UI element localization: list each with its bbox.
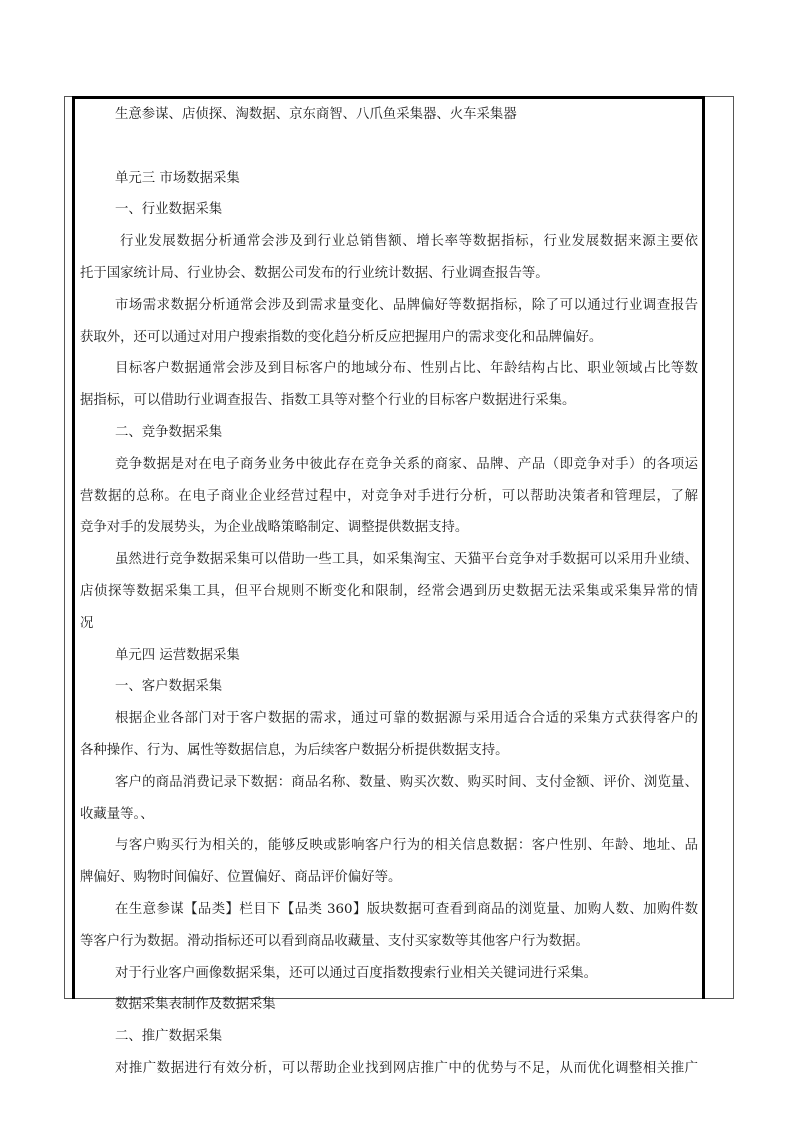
document-body: 生意参谋、店侦探、淘数据、京东商智、八爪鱼采集器、火车采集器 单元三 市场数据采…	[80, 99, 698, 1085]
paragraph-text: 客户的商品消费记录下数据：商品名称、数量、购买次数、购买时间、支付金额、评价、浏…	[80, 767, 698, 799]
paragraph-text: 竞争数据是对在电子商务业务中彼此存在竞争关系的商家、品牌、产品（即竞争对手）的各…	[80, 449, 698, 481]
section-competition-data-heading: 二、竞争数据采集	[80, 417, 698, 449]
subsection-heading: 数据采集表制作及数据采集	[80, 989, 698, 1021]
table-left-border	[72, 96, 75, 999]
paragraph-text: 与客户购买行为相关的，能够反映或影响客户行为的相关信息数据：客户性别、年龄、地址…	[80, 830, 698, 862]
unit-three-heading: 单元三 市场数据采集	[80, 163, 698, 195]
paragraph-text: 各种操作、行为、属性等数据信息，为后续客户数据分析提供数据支持。	[80, 735, 698, 767]
section-customer-data-heading: 一、客户数据采集	[80, 671, 698, 703]
paragraph-text: 等客户行为数据。滑动指标还可以看到商品收藏量、支付买家数等其他客户行为数据。	[80, 926, 698, 958]
section-industry-data-heading: 一、行业数据采集	[80, 194, 698, 226]
paragraph-text: 虽然进行竞争数据采集可以借助一些工具，如采集淘宝、天猫平台竞争对手数据可以采用升…	[80, 544, 698, 576]
paragraph-text: 在生意参谋【品类】栏目下【品类 360】版块数据可查看到商品的浏览量、加购人数、…	[80, 894, 698, 926]
paragraph-text: 目标客户数据通常会涉及到目标客户的地域分布、性别占比、年龄结构占比、职业领域占比…	[80, 353, 698, 385]
unit-four-heading: 单元四 运营数据采集	[80, 640, 698, 672]
paragraph-text: 对于行业客户画像数据采集，还可以通过百度指数搜索行业相关关键词进行采集。	[80, 958, 698, 990]
blank-line	[80, 131, 698, 163]
section-promotion-data-heading: 二、推广数据采集	[80, 1021, 698, 1053]
tools-list: 生意参谋、店侦探、淘数据、京东商智、八爪鱼采集器、火车采集器	[80, 99, 698, 131]
paragraph-text: 况	[80, 608, 698, 640]
paragraph-text: 营数据的总称。在电子商业企业经营过程中，对竞争对手进行分析，可以帮助决策者和管理…	[80, 481, 698, 513]
paragraph-text: 市场需求数据分析通常会涉及到需求量变化、品牌偏好等数据指标，除了可以通过行业调查…	[80, 290, 698, 322]
paragraph-text: 店侦探等数据采集工具，但平台规则不断变化和限制，经常会遇到历史数据无法采集或采集…	[80, 576, 698, 608]
paragraph-text: 牌偏好、购物时间偏好、位置偏好、商品评价偏好等。	[80, 862, 698, 894]
paragraph-text: 托于国家统计局、行业协会、数据公司发布的行业统计数据、行业调查报告等。	[80, 258, 698, 290]
paragraph-text: 行业发展数据分析通常会涉及到行业总销售额、增长率等数据指标，行业发展数据来源主要…	[80, 226, 698, 258]
paragraph-text: 据指标，可以借助行业调查报告、指数工具等对整个行业的目标客户数据进行采集。	[80, 385, 698, 417]
table-right-border	[702, 96, 705, 999]
paragraph-text: 根据企业各部门对于客户数据的需求，通过可靠的数据源与采用适合合适的采集方式获得客…	[80, 703, 698, 735]
paragraph-text: 获取外，还可以通过对用户搜索指数的变化趋分析反应把握用户的需求变化和品牌偏好。	[80, 322, 698, 354]
paragraph-text: 收藏量等。、	[80, 799, 698, 831]
paragraph-text: 对推广数据进行有效分析，可以帮助企业找到网店推广中的优势与不足，从而优化调整相关…	[80, 1053, 698, 1085]
paragraph-text: 竞争对手的发展势头，为企业战略策略制定、调整提供数据支持。	[80, 512, 698, 544]
